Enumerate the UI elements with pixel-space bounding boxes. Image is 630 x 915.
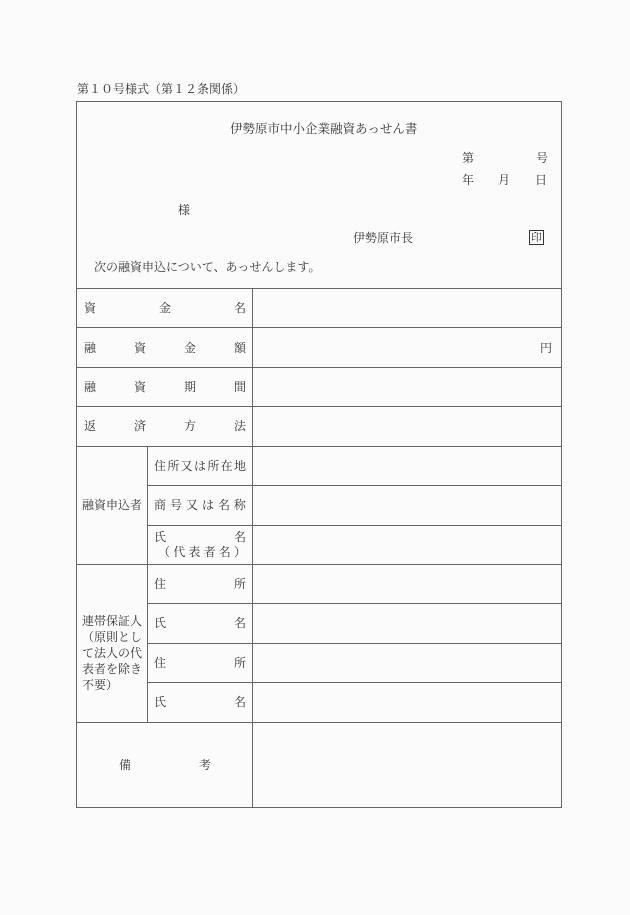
label-guarantor-address-2: 住 所: [154, 657, 246, 669]
guarantor-name-2-field[interactable]: [254, 683, 560, 721]
label-remarks: 備 考: [119, 759, 211, 771]
applicant-group-label: 融資申込者: [82, 499, 142, 511]
column-divider: [147, 446, 148, 722]
loan-period-field[interactable]: [254, 368, 560, 405]
label-fund-name: 資 金 名: [84, 302, 246, 314]
label-loan-amount: 融 資 金 額: [84, 342, 246, 354]
label-guarantor-address-1: 住 所: [154, 578, 246, 590]
document-title: 伊勢原市中小企業融資あっせん書: [230, 123, 417, 136]
label-applicant-name: 氏 名: [154, 531, 246, 543]
number-prefix: 第: [462, 152, 474, 164]
loan-amount-field[interactable]: [254, 328, 534, 366]
issuer: 伊勢原市長: [353, 232, 413, 244]
number-suffix: 号: [536, 152, 548, 164]
addressee-suffix: 様: [178, 204, 190, 216]
applicant-trade-name-field[interactable]: [254, 486, 560, 524]
remarks-field[interactable]: [254, 723, 560, 806]
date-month: 月: [498, 174, 510, 186]
label-guarantor-name-1: 氏 名: [154, 617, 246, 629]
date-day: 日: [535, 174, 547, 186]
label-loan-period: 融 資 期 間: [84, 381, 246, 393]
guarantor-address-1-field[interactable]: [254, 565, 560, 602]
column-divider: [252, 288, 253, 807]
seal-mark: 印: [529, 230, 544, 245]
guarantor-group-label: 連帯保証人 （原則とし て法人の代 表者を除き 不要）: [82, 613, 142, 693]
form-id: 第１０号様式（第１２条関係）: [77, 83, 245, 95]
label-guarantor-name-2: 氏 名: [154, 696, 246, 708]
yen-unit: 円: [540, 342, 552, 354]
guarantor-address-2-field[interactable]: [254, 644, 560, 681]
guarantor-name-1-field[interactable]: [254, 604, 560, 642]
fund-name-field[interactable]: [254, 289, 560, 326]
date-year: 年: [462, 174, 474, 186]
applicant-address-field[interactable]: [254, 447, 560, 484]
label-applicant-address: 住 所 又 は 所 在 地: [154, 460, 246, 472]
statement: 次の融資申込について、あっせんします。: [94, 261, 320, 273]
label-applicant-representative: （ 代 表 者 名 ）: [158, 546, 246, 558]
applicant-name-field[interactable]: [254, 526, 560, 563]
label-applicant-trade-name: 商 号 又 は 名 称: [154, 499, 246, 511]
label-repayment-method: 返 済 方 法: [84, 420, 246, 432]
repayment-method-field[interactable]: [254, 407, 560, 445]
